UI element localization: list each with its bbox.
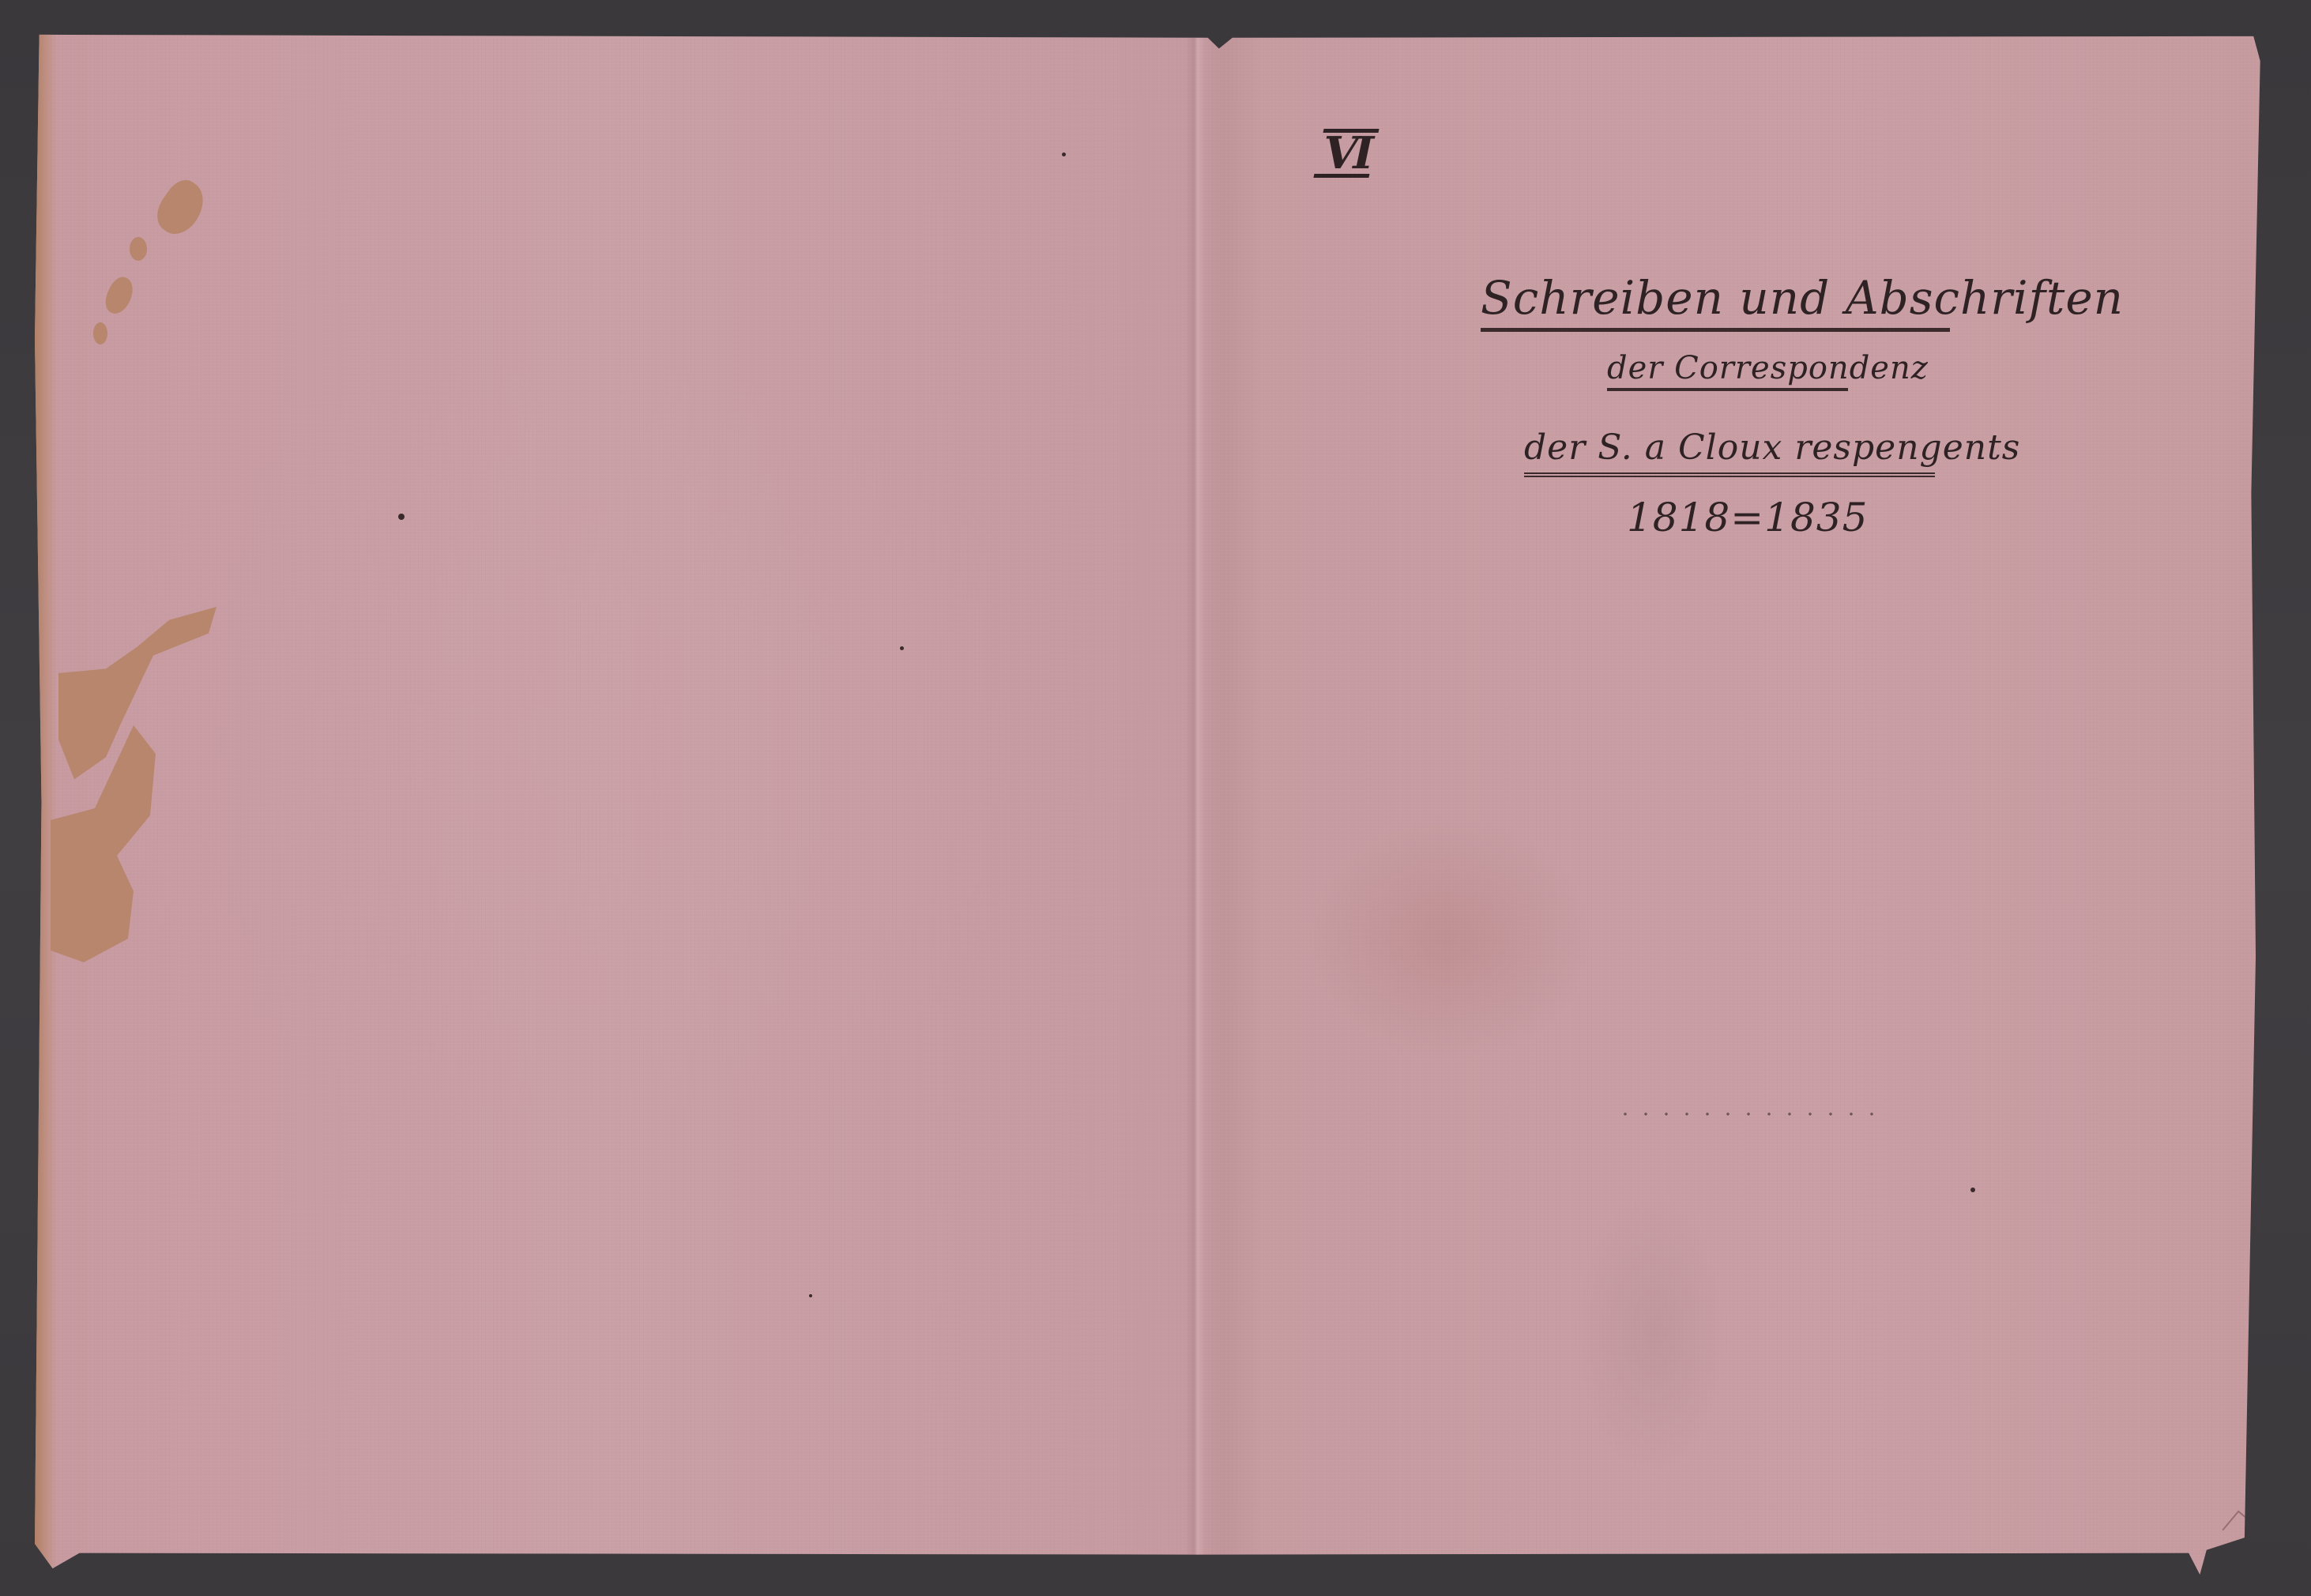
date-range: 1818=1835: [1627, 495, 1868, 540]
water-stain: [130, 237, 147, 261]
ink-speck: [1970, 1188, 1975, 1192]
paper-texture: [35, 30, 2269, 1575]
water-stain: [93, 322, 107, 344]
volume-number: VI: [1313, 129, 1379, 178]
title-line-2: der Correspondenz: [1607, 350, 1848, 391]
ink-speck: [398, 514, 405, 520]
faint-dotted-trace: [1615, 1112, 1884, 1116]
ink-speck: [1062, 152, 1066, 156]
ink-speck: [809, 1294, 812, 1297]
center-fold: [1185, 30, 1206, 1575]
folder-cover-paper: VI Schreiben und Abschriften der Corresp…: [35, 30, 2269, 1575]
title-line-3: der S. a Cloux respengents: [1524, 427, 1935, 477]
title-line-1: Schreiben und Abschriften: [1481, 271, 1950, 332]
ink-speck: [900, 646, 904, 650]
